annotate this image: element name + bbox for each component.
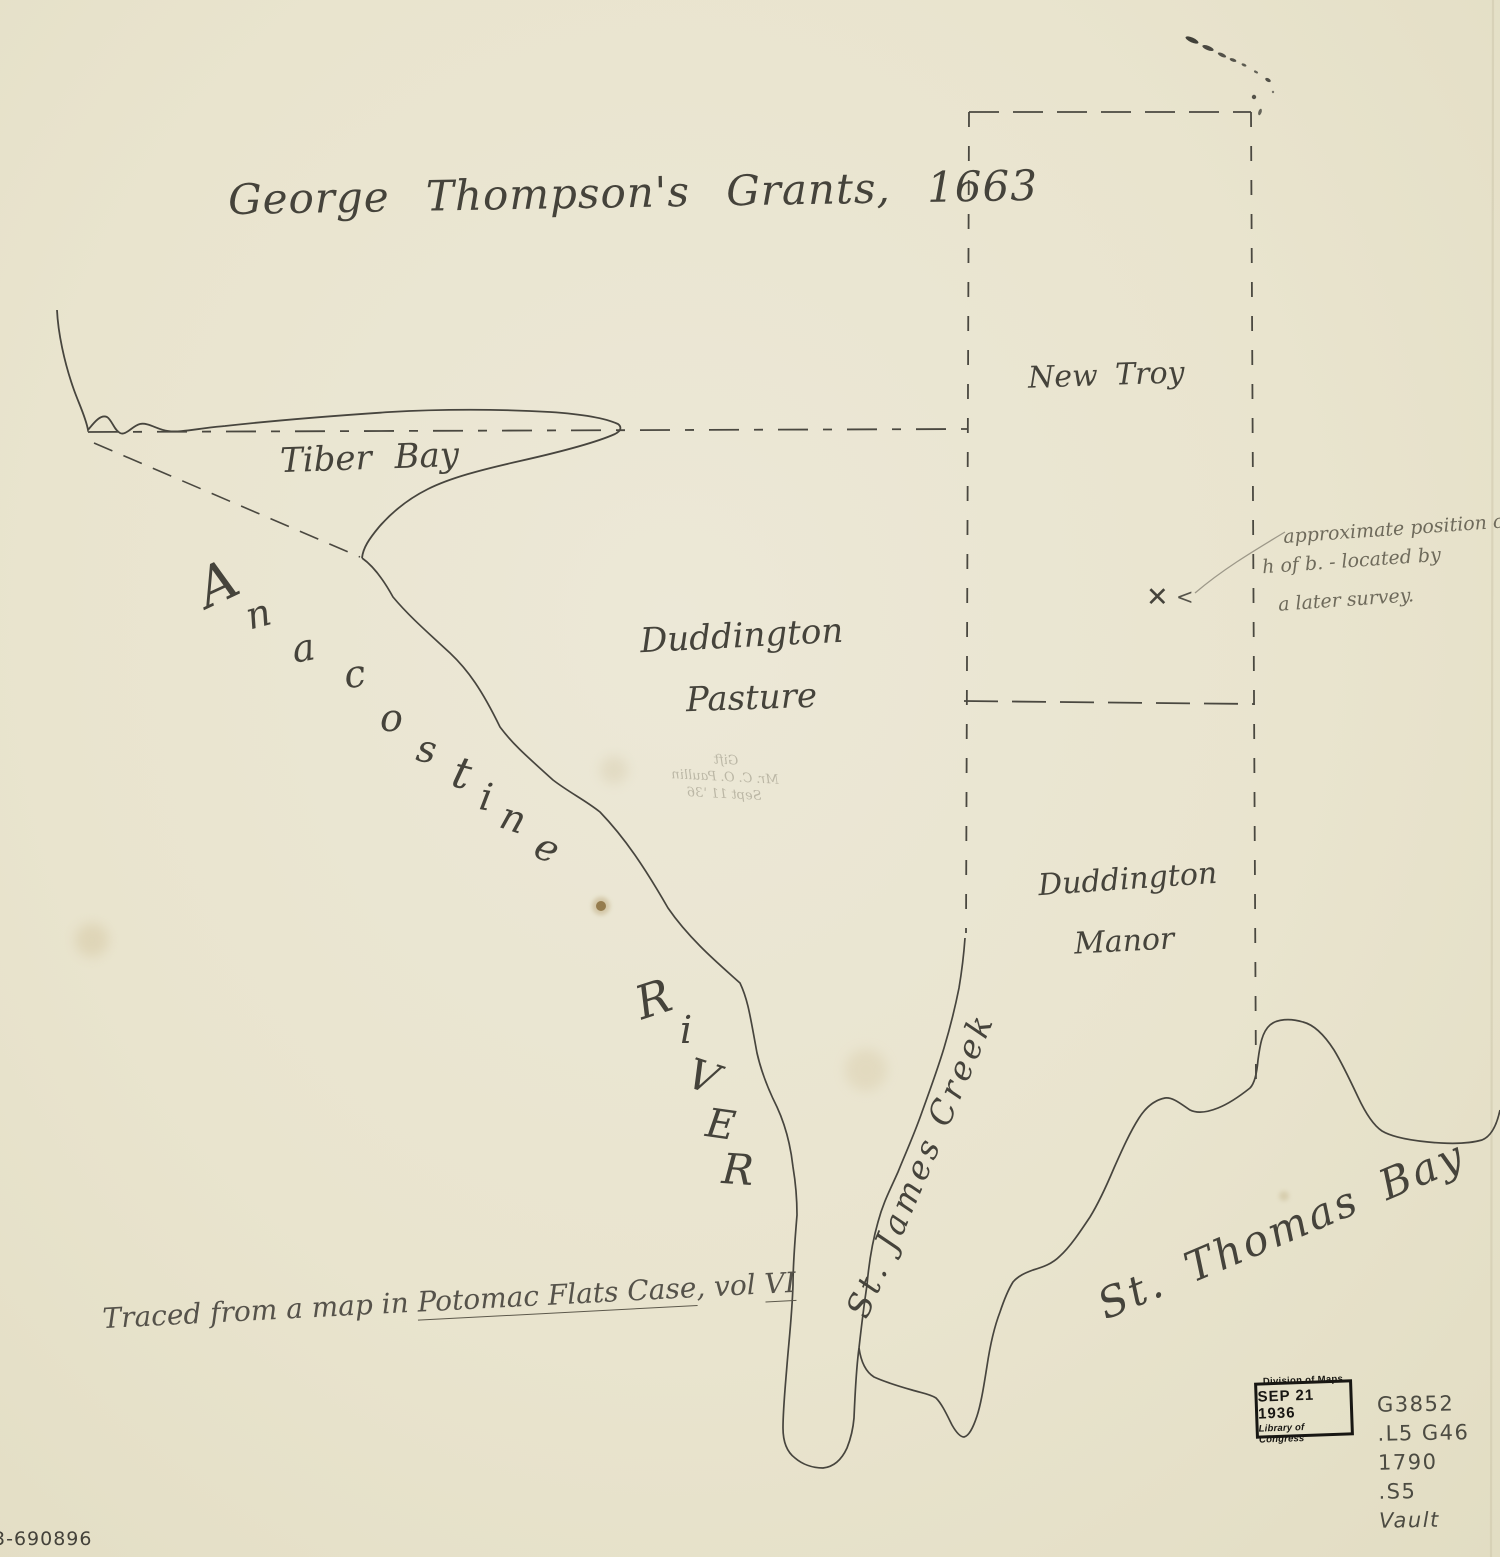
library-of-congress-stamp: Division of Maps SEP 21 1936 Library of … — [1254, 1379, 1354, 1438]
ink-smudge — [1185, 35, 1275, 116]
x-marker-arrow: < — [1176, 585, 1194, 609]
source-note-volume: VI — [764, 1266, 797, 1303]
label-duddington-pasture-line2: Pasture — [685, 676, 817, 721]
river-letter: R — [720, 1144, 755, 1195]
gift-note-showthrough: Gift Mr. C. O. Paullin Sept 11 '36 — [639, 748, 811, 808]
ink-spot — [596, 901, 606, 911]
paper-fold-line — [1491, 0, 1493, 1557]
river-letter: i — [680, 1008, 692, 1052]
call-number-line: G3852 — [1377, 1389, 1469, 1420]
call-number: G3852 .L5 G46 1790 .S5 Vault — [1377, 1389, 1471, 1536]
call-number-line: Vault — [1379, 1505, 1471, 1536]
paper-stain — [75, 923, 109, 957]
boundary-dashed-middle — [964, 701, 1254, 704]
tiber-bay-outline — [57, 310, 620, 558]
boundary-dashed-latitude — [88, 429, 968, 432]
call-number-line: 1790 — [1378, 1447, 1470, 1478]
source-note-part2: , vol — [695, 1267, 765, 1304]
paper-stain — [845, 1049, 887, 1091]
x-survey-marker: ✕ — [1146, 582, 1169, 613]
anacostine-letter: o — [380, 696, 403, 740]
stamp-library-line: Library of Congress — [1258, 1420, 1351, 1445]
paper-stain — [600, 756, 628, 784]
call-number-line: .L5 G46 — [1377, 1418, 1469, 1449]
boundary-dashed-vertical-left — [966, 112, 969, 933]
label-duddington-manor-line2: Manor — [1073, 921, 1175, 961]
label-new-troy: New Troy — [1027, 355, 1185, 395]
stamp-date-line: SEP 21 1936 — [1257, 1385, 1350, 1422]
boundary-dashed-vertical-right — [1251, 112, 1256, 1085]
negative-number: 3-690896 — [0, 1528, 92, 1550]
call-number-line: .S5 — [1378, 1476, 1470, 1507]
label-tiber-bay: Tiber Bay — [279, 435, 459, 481]
